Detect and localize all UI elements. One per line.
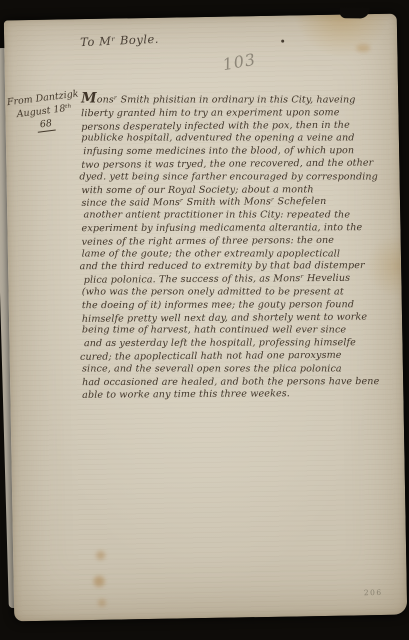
manuscript-line: (who was the person onely admitted to be… (82, 287, 402, 300)
manuscript-line: another antient practitioner in this Cit… (83, 210, 401, 223)
letter-body: Monsʳ Smith phisitian in ordinary in thi… (81, 92, 402, 402)
manuscript-line: liberty granted him to try an experiment… (81, 107, 401, 121)
manuscript-line: two persons it was tryed, the one recove… (81, 157, 401, 172)
manuscript-line: dyed. yett being since farther encourage… (79, 171, 401, 184)
stain-spot (356, 44, 370, 52)
address-line: To Mʳ Boyle. (80, 32, 159, 49)
stain-spot (96, 551, 105, 560)
margin-note: From Dantzigk August 18ᵗʰ 68 (5, 87, 83, 136)
manuscript-page: To Mʳ Boyle. 103 From Dantzigk August 18… (4, 14, 407, 622)
manuscript-line: since, and the severall open sores the p… (82, 363, 402, 376)
manuscript-line: the doeing of it) informes mee; the gout… (82, 299, 402, 313)
stain-spot (98, 599, 106, 607)
stain-spot (93, 576, 104, 587)
manuscript-line: able to worke any time this three weekes… (82, 388, 402, 403)
manuscript-line: cured; the apoplecticall hath not had on… (80, 349, 402, 364)
manuscript-line: lame of the goute; the other extreamly a… (82, 248, 402, 261)
folio-number: 103 (221, 50, 257, 75)
manuscript-line: being time of harvest, hath continued we… (82, 325, 402, 338)
ink-dot (281, 40, 284, 43)
manuscript-line: plica polonica. The success of this, as … (84, 272, 402, 287)
manuscript-line: Monsʳ Smith phisitian in ordinary in thi… (81, 93, 401, 108)
margin-note-year-text: 68 (36, 117, 56, 133)
torn-edge (340, 7, 370, 19)
page-number: 206 (364, 588, 383, 597)
manuscript-line: publicke hospitall, adventured the openi… (81, 133, 401, 146)
manuscript-line: veines of the right armes of three perso… (82, 234, 402, 249)
